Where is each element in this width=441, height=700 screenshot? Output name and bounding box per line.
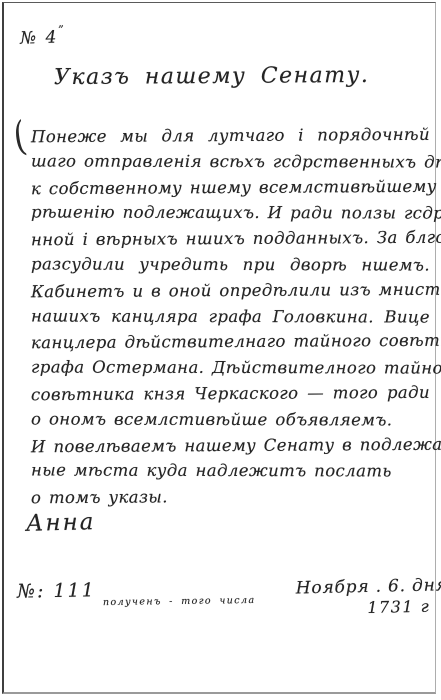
doc-number-text: № 4 [20, 27, 59, 48]
body-line: Кабинетъ и в оной опредѣлили изъ мнистро… [31, 277, 430, 305]
body-line: нашихъ канцляра графа Головкина. Вице [31, 303, 430, 330]
date-month-day: Ноября . 6. дня [296, 576, 436, 599]
body-line: графа Остермана. Дѣйствителного тайного [31, 355, 430, 382]
decree-body: Понеже мы для лутчаго i порядочнѣй шаго … [31, 123, 430, 510]
body-line: о томъ указы. [31, 483, 430, 511]
date-block: Ноября . 6. дня 1731 г [296, 576, 437, 619]
manuscript-page: № 4” Указъ нашему Сенату. ( Понеже мы дл… [0, 0, 441, 700]
body-line: ные мѣста куда надлежитъ послать [31, 458, 430, 485]
doc-number: № 4” [20, 23, 65, 49]
body-line: Понеже мы для лутчаго i порядочнѣй [31, 122, 430, 150]
opening-flourish: ( [10, 113, 29, 163]
registry-number: №: 111 [17, 579, 96, 602]
body-line: разсудили учредить при дворѣ ншемъ. [31, 251, 430, 278]
body-line: шаго отправленія всѣхъ гсдрственныхъ дѣл… [31, 148, 430, 175]
signature-anna: Анна [26, 509, 96, 537]
ditto-mark: ” [58, 23, 64, 36]
received-note: полученъ - того числа [103, 595, 256, 608]
body-line: к собственному ншему всемлстивѣйшему [31, 173, 430, 201]
body-line: о ономъ всемлстивѣйше объявляемъ. [31, 406, 430, 433]
body-line: И повелѣваемъ нашему Сенату в подлежащ: [31, 431, 430, 459]
body-line: совѣтника кнзя Черкаского — того ради [31, 380, 430, 408]
body-line: нной i вѣрныхъ ншихъ подданныхъ. За блго [31, 225, 430, 253]
body-line: рѣшенію подлежащихъ. И ради ползы гсдрст… [31, 200, 430, 227]
body-line: канцлера дѣйствителнаго тайного совѣтник… [31, 328, 430, 356]
date-year: 1731 г [296, 597, 436, 619]
page-title: Указъ нашему Сенату. [54, 63, 370, 90]
